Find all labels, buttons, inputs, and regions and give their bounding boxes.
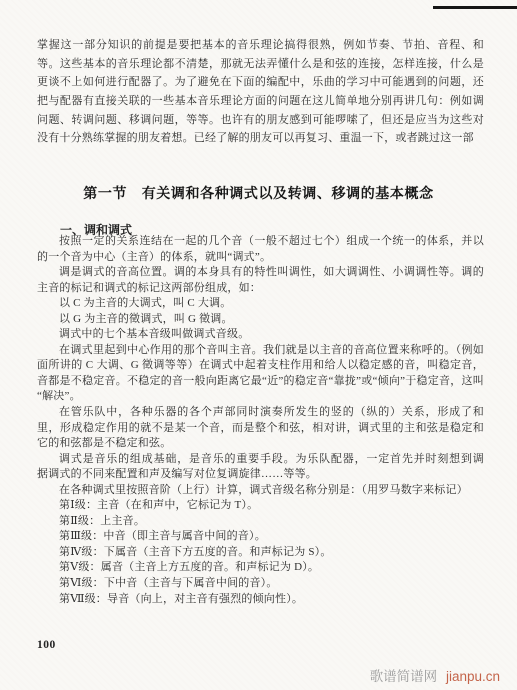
text-line: 据调式的不同来配置和声及编写对位复调旋律……等等。 — [37, 467, 484, 483]
page-number: 100 — [37, 639, 56, 651]
text-line: 以 C 为主音的大调式，叫 C 大调。 — [37, 296, 484, 312]
text-line: 没有十分熟练掌握的朋友着想。已经了解的朋友可以再复习、重温一下，或者跳过这一部份… — [37, 129, 484, 148]
text-line: 第Ⅴ级：属音（主音上方五度的音。和声标记为 D）。 — [37, 560, 484, 576]
text-line: 调是调式的音高位置。调的本身具有的特性叫调性，如大调调性、小调调性等。调的名称由 — [37, 265, 484, 281]
text-line: 第Ⅵ级：下中音（主音与下属音中间的音）。 — [37, 576, 484, 592]
text-line: 的一个音为中心（主音）的体系，就叫“调式”。 — [37, 250, 484, 266]
text-line: 掌握这一部分知识的前提是要把基本的音乐理论搞得很熟，例如节奏、节拍、音程、和弦…… — [37, 36, 484, 55]
scan-edge-artifact-line — [433, 6, 517, 9]
text-line: 按照一定的关系连结在一起的几个音（一般不超过七个）组成一个统一的体系，并以其中 — [37, 234, 484, 250]
text-line: 在各种调式里按照音阶（上行）计算，调式音级名称分别是：（用罗马数字来标记） — [37, 483, 484, 499]
text-line: 问题、转调问题、移调问题，等等。也许有的朋友感到可能啰嗦了，但还是应当为这些对乐… — [37, 111, 484, 130]
text-line: 它的和弦都是不稳定和弦。 — [37, 436, 484, 452]
text-line: 音都是不稳定音。不稳定的音一般向距离它最“近”的稳定音“靠拢”或“倾向”于稳定音… — [37, 374, 484, 390]
text-line: 第Ⅳ级：下属音（主音下方五度的音。和声标记为 S）。 — [37, 545, 484, 561]
intro-paragraph: 掌握这一部分知识的前提是要把基本的音乐理论搞得很熟，例如节奏、节拍、音程、和弦…… — [37, 36, 484, 148]
watermark: 歌谱简谱网 jianpu.cn — [370, 665, 500, 685]
text-line: 主音的标记和调式的标记这两部份组成，如： — [37, 281, 484, 297]
text-line: 面所讲的 C 大调、G 徵调等等）在调式中起着支柱作用和给人以稳定感的音，叫稳定… — [37, 358, 484, 374]
text-line: 更谈不上如何进行配器了。为了避免在下面的编配中，乐曲的学习中可能遇到的问题，还是… — [37, 73, 484, 92]
text-line: 调式中的七个基本音级叫做调式音级。 — [37, 327, 484, 343]
section-body: 按照一定的关系连结在一起的几个音（一般不超过七个）组成一个统一的体系，并以其中的… — [37, 234, 484, 607]
text-line: 以 G 为主音的徵调式，叫 G 徵调。 — [37, 312, 484, 328]
text-line: “解决”。 — [37, 389, 484, 405]
text-line: 在调式里起到中心作用的那个音叫主音。我们就是以主音的音高位置来称呼的。（例如上 — [37, 343, 484, 359]
section-title: 第一节 有关调和各种调式以及转调、移调的基本概念 — [0, 183, 517, 203]
text-line: 等。这些基本的音乐理论都不清楚，那就无法弄懂什么是和弦的连接，怎样连接，什么是曲… — [37, 55, 484, 74]
watermark-site-url: jianpu.cn — [446, 669, 500, 684]
text-line: 第Ⅰ级：主音（在和声中，它标记为 T）。 — [37, 498, 484, 514]
watermark-site-name: 歌谱简谱网 — [370, 669, 438, 684]
text-line: 第Ⅱ级：上主音。 — [37, 514, 484, 530]
text-line: 调式是音乐的组成基础，是音乐的重要手段。为乐队配器，一定首先并时刻想到调式，并根 — [37, 452, 484, 468]
text-line: 把与配器有直接关联的一些基本音乐理论方面的问题在这儿简单地分别再讲几句：例如调式 — [37, 92, 484, 111]
text-line: 第Ⅲ级：中音（即主音与属音中间的音）。 — [37, 529, 484, 545]
book-page: 掌握这一部分知识的前提是要把基本的音乐理论搞得很熟，例如节奏、节拍、音程、和弦…… — [0, 0, 517, 690]
text-line: 第Ⅶ级：导音（向上，对主音有强烈的倾向性）。 — [37, 592, 484, 608]
text-line: 里，形成稳定作用的就不是某一个音，而是整个和弦，相对讲，调式里的主和弦是稳定和弦… — [37, 421, 484, 437]
text-line: 在管乐队中，各种乐器的各个声部同时演奏所发生的竖的（纵的）关系，形成了和弦。在这 — [37, 405, 484, 421]
